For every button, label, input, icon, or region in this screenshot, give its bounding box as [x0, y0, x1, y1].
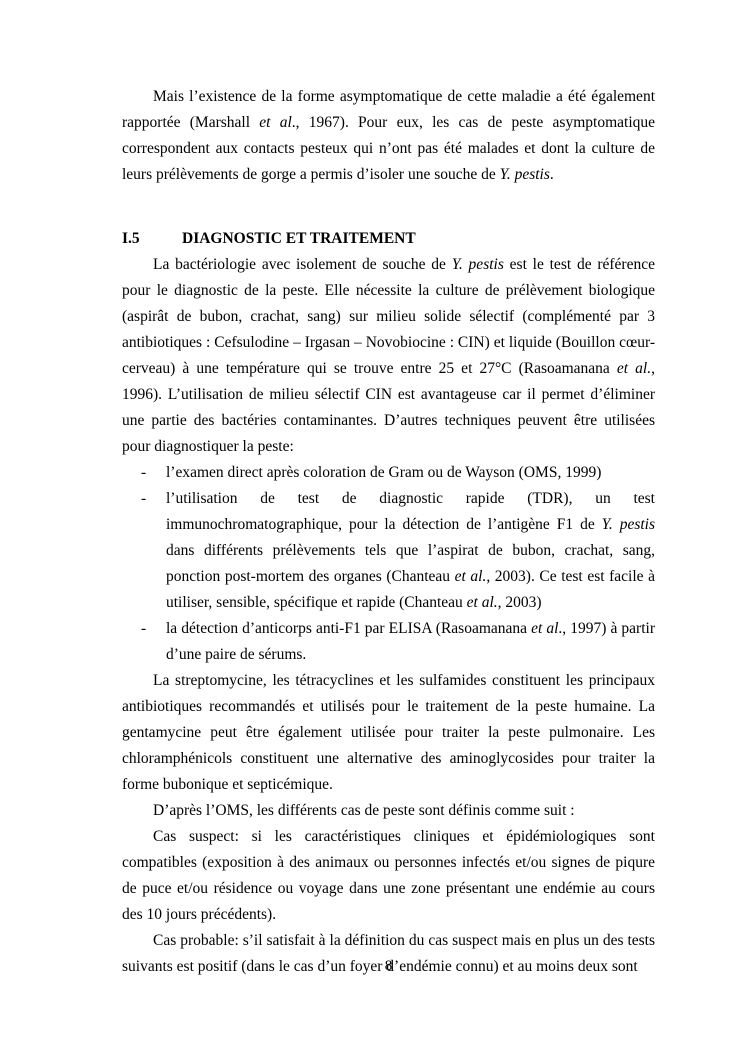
- diagnostic-techniques-list: - l’examen direct après coloration de Gr…: [122, 460, 655, 668]
- page-body-text: Mais l’existence de la forme asymptomati…: [122, 84, 655, 980]
- paragraph-bacteriologie: La bactériologie avec isolement de souch…: [122, 252, 655, 460]
- section-heading: I.5DIAGNOSTIC ET TRAITEMENT: [122, 226, 655, 252]
- paragraph-intro: Mais l’existence de la forme asymptomati…: [122, 84, 655, 188]
- document-page: Mais l’existence de la forme asymptomati…: [0, 0, 745, 1053]
- dash-bullet-marker: -: [141, 616, 146, 642]
- section-title: DIAGNOSTIC ET TRAITEMENT: [182, 230, 416, 247]
- paragraph-oms-definitions: D’après l’OMS, les différents cas de pes…: [122, 798, 655, 824]
- paragraph-cas-suspect: Cas suspect: si les caractéristiques cli…: [122, 824, 655, 928]
- section-number: I.5: [122, 226, 182, 252]
- list-item: - l’utilisation de test de diagnostic ra…: [122, 486, 655, 616]
- list-item: - l’examen direct après coloration de Gr…: [122, 460, 655, 486]
- list-item-text: l’utilisation de test de diagnostic rapi…: [166, 490, 655, 611]
- dash-bullet-marker: -: [141, 486, 146, 512]
- list-item: - la détection d’anticorps anti-F1 par E…: [122, 616, 655, 668]
- dash-bullet-marker: -: [141, 460, 146, 486]
- list-item-text: la détection d’anticorps anti-F1 par ELI…: [166, 620, 655, 663]
- paragraph-antibiotiques: La streptomycine, les tétracyclines et l…: [122, 668, 655, 798]
- list-item-text: l’examen direct après coloration de Gram…: [166, 464, 601, 481]
- page-number: 8: [122, 955, 655, 977]
